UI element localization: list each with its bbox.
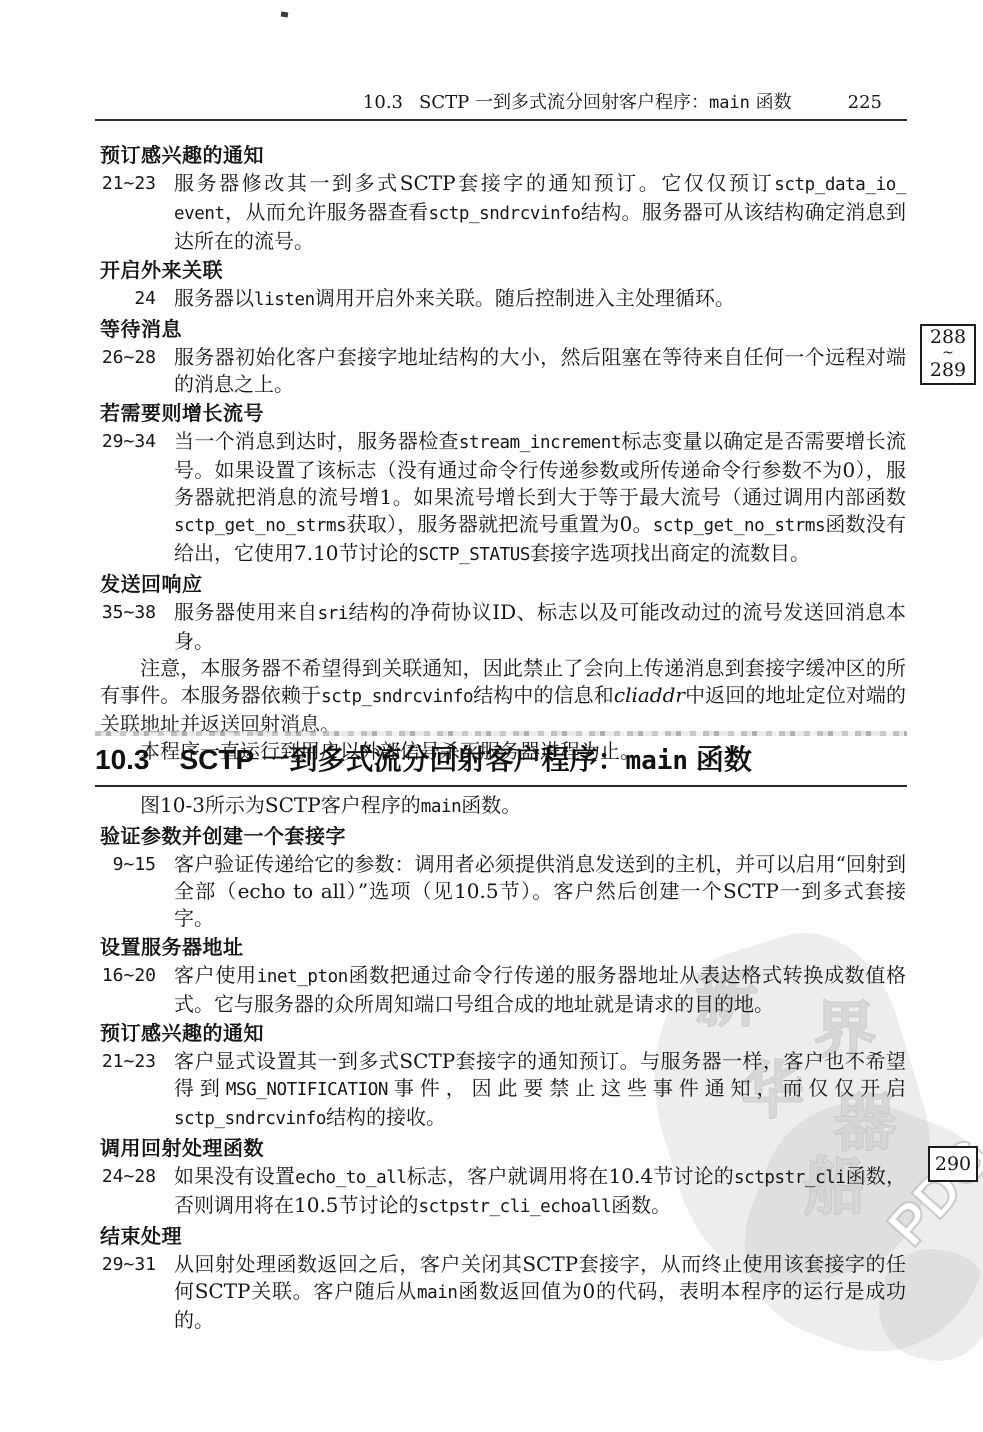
book-page: 新 界 华 器 船 PDG 10.3 SCTP 一到多式流分回射客户程序：mai…: [0, 0, 983, 1432]
paragraph-text: 客户显式设置其一到多式SCTP套接字的通知预订。与服务器一样，客户也不希望得到M…: [174, 1048, 906, 1133]
paragraph-text: 服务器以listen调用开启外来关联。随后控制进入主处理循环。: [174, 285, 906, 314]
running-header-title-text: SCTP 一到多式流分回射客户程序：: [419, 92, 709, 113]
section-title-code: main: [625, 746, 688, 776]
running-header-title-suffix: 函数: [750, 92, 792, 113]
plain-text: 服务器修改其一到多式SCTP套接字的通知预订。它仅仅预订: [174, 171, 774, 195]
code-text: sctpstr_cli_echoall: [419, 1197, 612, 1217]
body-paragraph: 注意，本服务器不希望得到关联通知，因此禁止了会向上传递消息到套接字缓冲区的所有事…: [100, 655, 906, 738]
numbered-paragraph: 9~15客户验证传递给它的参数：调用者必须提供消息发送到的主机，并可以启用“回射…: [100, 851, 906, 932]
section-title-text: SCTP 一到多式流分回射客户程序：main 函数: [180, 743, 752, 778]
paragraph-text: 服务器修改其一到多式SCTP套接字的通知预订。它仅仅预订sctp_data_io…: [174, 170, 906, 255]
paragraph-text: 客户验证传递给它的参数：调用者必须提供消息发送到的主机，并可以启用“回射到全部（…: [174, 851, 906, 932]
margin-range-top: 288: [922, 327, 974, 347]
page-number: 225: [848, 92, 882, 113]
numbered-paragraph: 26~28服务器初始化客户套接字地址结构的大小，然后阻塞在等待来自任何一个远程对…: [100, 344, 906, 398]
plain-text: 当一个消息到达时，服务器检查: [174, 429, 459, 453]
section-title-pre: SCTP 一到多式流分回射客户程序：: [180, 744, 626, 775]
line-range-label: 29~31: [100, 1251, 156, 1334]
line-range-label: 16~20: [100, 962, 156, 1018]
running-header-title: SCTP 一到多式流分回射客户程序：main 函数: [419, 88, 792, 114]
plain-text: 结构的接收。: [326, 1105, 446, 1129]
plain-text: 函数。: [611, 1193, 671, 1217]
plain-text: 标志，客户就调用将在10.4节讨论的: [407, 1164, 734, 1188]
margin-range-bottom: 289: [922, 360, 974, 380]
numbered-paragraph: 24~28如果没有设置echo_to_all标志，客户就调用将在10.4节讨论的…: [100, 1163, 906, 1221]
plain-text: 客户使用: [174, 963, 257, 987]
paragraph-text: 服务器使用来自sri结构的净荷协议ID、标志以及可能改动过的流号发送回消息本身。: [174, 599, 906, 655]
code-text: sctp_get_no_strms: [174, 516, 346, 536]
paragraph-heading: 设置服务器地址: [100, 935, 906, 962]
plain-text: 服务器初始化客户套接字地址结构的大小，然后阻塞在等待来自任何一个远程对端的消息之…: [174, 345, 906, 396]
numbered-paragraph: 35~38服务器使用来自sri结构的净荷协议ID、标志以及可能改动过的流号发送回…: [100, 599, 906, 655]
paragraph-heading: 开启外来关联: [100, 258, 906, 285]
section-title-suffix: 函数: [688, 744, 752, 775]
plain-text: 图10-3所示为SCTP客户程序的: [140, 793, 421, 817]
line-range-label: 9~15: [100, 851, 156, 932]
code-text: main: [417, 1283, 458, 1303]
plain-text: 函数。: [461, 793, 521, 817]
plain-text: 事件，因此要禁止这些事件通知，而仅仅开启: [388, 1076, 906, 1100]
plain-text: 获取），服务器就把流号重置为0。: [346, 512, 652, 536]
plain-text: 服务器使用来自: [174, 600, 318, 624]
paragraph-heading: 发送回响应: [100, 572, 906, 599]
paragraph-heading: 等待消息: [100, 317, 906, 344]
code-text: sctp_sndrcvinfo: [174, 1109, 326, 1129]
code-text: main: [421, 797, 462, 817]
scan-speck: [281, 12, 289, 18]
line-range-label: 29~34: [100, 428, 156, 569]
plain-text: 调用开启外来关联。随后控制进入主处理循环。: [315, 286, 735, 310]
line-range-label: 21~23: [100, 1048, 156, 1133]
paragraph-heading: 预订感兴趣的通知: [100, 1021, 906, 1048]
code-text: MSG_NOTIFICATION: [226, 1080, 388, 1100]
paragraph-text: 从回射处理函数返回之后，客户关闭其SCTP套接字，从而终止使用该套接字的任何SC…: [174, 1251, 906, 1334]
section-title-bottom-rule: [95, 785, 907, 787]
content-bottom: 图10-3所示为SCTP客户程序的main函数。验证参数并创建一个套接字9~15…: [100, 792, 906, 1334]
code-text: stream_increment: [459, 433, 621, 453]
section-title-number: 10.3: [95, 743, 150, 777]
content-top: 预订感兴趣的通知21~23服务器修改其一到多式SCTP套接字的通知预订。它仅仅预…: [100, 140, 906, 765]
numbered-paragraph: 29~34当一个消息到达时，服务器检查stream_increment标志变量以…: [100, 428, 906, 569]
numbered-paragraph: 21~23服务器修改其一到多式SCTP套接字的通知预订。它仅仅预订sctp_da…: [100, 170, 906, 255]
paragraph-heading: 验证参数并创建一个套接字: [100, 824, 906, 851]
margin-page-range-box: 288 ~ 289: [920, 324, 976, 385]
numbered-paragraph: 29~31从回射处理函数返回之后，客户关闭其SCTP套接字，从而终止使用该套接字…: [100, 1251, 906, 1334]
line-range-label: 26~28: [100, 344, 156, 398]
section-title: 10.3 SCTP 一到多式流分回射客户程序：main 函数: [95, 743, 907, 778]
numbered-paragraph: 24服务器以listen调用开启外来关联。随后控制进入主处理循环。: [100, 285, 906, 314]
italic-text: cliaddr: [614, 683, 685, 707]
paragraph-text: 注意，本服务器不希望得到关联通知，因此禁止了会向上传递消息到套接字缓冲区的所有事…: [100, 655, 906, 738]
body-paragraph: 图10-3所示为SCTP客户程序的main函数。: [100, 792, 906, 821]
paragraph-text: 如果没有设置echo_to_all标志，客户就调用将在10.4节讨论的sctps…: [174, 1163, 906, 1221]
paragraph-text: 当一个消息到达时，服务器检查stream_increment标志变量以确定是否需…: [174, 428, 906, 569]
numbered-paragraph: 16~20客户使用inet_pton函数把通过命令行传递的服务器地址从表达格式转…: [100, 962, 906, 1018]
line-range-label: 24~28: [100, 1163, 156, 1221]
plain-text: 结构中的信息和: [473, 683, 614, 707]
line-range-label: 35~38: [100, 599, 156, 655]
code-text: inet_pton: [257, 967, 348, 987]
line-range-label: 21~23: [100, 170, 156, 255]
section-title-top-rule: [95, 731, 907, 736]
paragraph-text: 客户使用inet_pton函数把通过命令行传递的服务器地址从表达格式转换成数值格…: [174, 962, 906, 1018]
plain-text: 服务器以: [174, 286, 254, 310]
line-range-label: 24: [100, 285, 156, 314]
header-rule: [95, 119, 907, 121]
paragraph-text: 图10-3所示为SCTP客户程序的main函数。: [100, 792, 906, 821]
plain-text: 客户验证传递给它的参数：调用者必须提供消息发送到的主机，并可以启用“回射到全部（…: [174, 852, 906, 930]
numbered-paragraph: 21~23客户显式设置其一到多式SCTP套接字的通知预订。与服务器一样，客户也不…: [100, 1048, 906, 1133]
code-text: sctpstr_cli: [734, 1168, 846, 1188]
running-header-section-number: 10.3: [363, 92, 403, 113]
paragraph-heading: 调用回射处理函数: [100, 1136, 906, 1163]
plain-text: 套接字选项找出商定的流数目。: [530, 541, 810, 565]
code-text: SCTP_STATUS: [419, 545, 531, 565]
paragraph-heading: 结束处理: [100, 1224, 906, 1251]
code-text: sctp_sndrcvinfo: [428, 204, 580, 224]
paragraph-heading: 若需要则增长流号: [100, 401, 906, 428]
running-header: 10.3 SCTP 一到多式流分回射客户程序：main 函数 225: [98, 88, 882, 114]
code-text: sri: [318, 604, 348, 624]
code-text: listen: [254, 290, 315, 310]
plain-text: 如果没有设置: [174, 1164, 295, 1188]
code-text: sctp_sndrcvinfo: [321, 687, 473, 707]
section-title-block: 10.3 SCTP 一到多式流分回射客户程序：main 函数: [95, 731, 907, 787]
plain-text: ，从而允许服务器查看: [225, 200, 429, 224]
running-header-title-code: main: [709, 93, 750, 113]
paragraph-text: 服务器初始化客户套接字地址结构的大小，然后阻塞在等待来自任何一个远程对端的消息之…: [174, 344, 906, 398]
margin-page-box: 290: [928, 1146, 978, 1182]
code-text: echo_to_all: [295, 1168, 407, 1188]
code-text: sctp_get_no_strms: [653, 516, 825, 536]
paragraph-heading: 预订感兴趣的通知: [100, 143, 906, 170]
